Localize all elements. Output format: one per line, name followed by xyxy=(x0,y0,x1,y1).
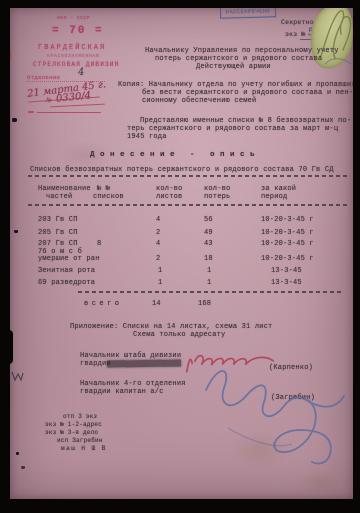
division-stamp-number: = 70 = xyxy=(52,25,104,37)
table-row: 76 о м с б умершие от ран 2 18 10-20-3-4… xyxy=(0,249,360,265)
signature2-title1: Начальник 4-го отделения xyxy=(80,381,186,388)
copy-address-line1: Копия: Начальнику отдела по учету погибш… xyxy=(118,82,356,89)
copy-number-label: экз № xyxy=(285,31,306,38)
footer-line5: маш Н Ш В xyxy=(61,446,107,452)
table-row: 203 Гв СП 4 56 10-20-3-45 г xyxy=(0,217,360,226)
copy-address-line3: сионному обеспечению семей xyxy=(142,98,256,105)
cell-losses: 49 xyxy=(204,230,213,237)
cell-unit: Зенитная рота xyxy=(38,268,95,275)
body-par-line3: 1945 года xyxy=(127,134,167,141)
col-header-period-l2: период xyxy=(261,194,287,201)
cell-losses: 56 xyxy=(204,217,213,224)
cell-period: 13-3-45 xyxy=(271,268,302,275)
cell-period: 10-20-3-45 г xyxy=(261,241,314,248)
cell-unit: 207 Гв СП xyxy=(38,241,78,248)
footer-line4: исп Загребин xyxy=(57,438,103,444)
cell-sheets: 1 xyxy=(158,268,162,275)
table-row: 69 разведрота 1 1 13-3-45 xyxy=(0,280,360,289)
scan-frame-bottom xyxy=(0,499,360,513)
report-subtitle: Списков безвозвратных потерь сержантског… xyxy=(30,167,334,174)
col-header-period-l1: за какой xyxy=(261,186,296,193)
stamp-rule-tick xyxy=(28,111,34,113)
col-header-losses-l2: потерь xyxy=(204,194,230,201)
footer-line3: экз № 3-в дело xyxy=(45,430,98,436)
cell-period: 10-20-3-45 г xyxy=(261,217,314,224)
cell-sheets: 2 xyxy=(156,256,160,263)
division-stamp-org: НКО — СССР xyxy=(57,16,90,21)
cell-period: 13-3-45 xyxy=(271,280,302,287)
attachment-line2: Схема только адресату xyxy=(133,332,225,339)
division-stamp-line2: КРАСНОЗНАМЕННАЯ xyxy=(47,54,100,59)
address-line3: Действующей армии xyxy=(196,64,271,71)
cell-unit: 203 Гв СП xyxy=(38,217,78,224)
cell-unit-line2: умершие от ран xyxy=(38,256,100,263)
cell-list-no: 8 xyxy=(97,241,101,248)
cell-losses: 1 xyxy=(207,280,211,287)
table-header-row2: частей списков листов потерь период xyxy=(0,194,360,203)
body-par-line1: Представляю именные списки № 8 безвозвра… xyxy=(140,118,351,125)
total-label: всего xyxy=(84,301,123,308)
body-par-line2: терь сержантского и рядового состава за … xyxy=(127,126,338,133)
cell-losses: 18 xyxy=(204,256,213,263)
cell-period: 10-20-3-45 г xyxy=(261,256,314,263)
cell-sheets: 1 xyxy=(158,280,162,287)
table-total-row: всего 14 168 xyxy=(0,301,360,310)
copy-address-line2: без вести сержантского и рядового состав… xyxy=(142,90,353,97)
department-number-handwritten: 4 xyxy=(78,67,85,79)
speck xyxy=(14,230,18,233)
report-title: Донесение - опись xyxy=(90,152,260,159)
cell-sheets: 4 xyxy=(156,217,160,224)
cell-unit: 69 разведрота xyxy=(38,280,95,287)
col-header-sheets-l2: листов xyxy=(156,194,182,201)
attachment-line1: Приложение: Списки на 14 листах, схема 3… xyxy=(70,324,272,331)
cell-period: 10-20-3-45 г xyxy=(261,230,314,237)
document-number-label: № xyxy=(46,97,52,104)
redacted-smudge xyxy=(107,359,181,367)
signature2-title2: гвардии капитан а/с xyxy=(80,389,164,396)
footer-line1: отп 3 экз xyxy=(63,414,97,420)
table-separator-top xyxy=(28,175,348,177)
col-header-list-l2: списков xyxy=(93,194,124,201)
scan-frame-left xyxy=(0,0,10,513)
total-sheets: 14 xyxy=(152,301,161,308)
table-row: 205 Гв СП 2 49 10-20-3-45 г xyxy=(0,230,360,239)
col-header-unit-l2: частей xyxy=(46,194,72,201)
cell-unit: 205 Гв СП xyxy=(38,230,78,237)
address-line1: Начальнику Управления по персональному у… xyxy=(145,48,339,55)
col-header-unit-l1: Наименование xyxy=(38,186,91,193)
total-losses: 168 xyxy=(198,301,211,308)
scanned-document: НКО — СССР = 70 = ГВАРДЕЙСКАЯ КРАСНОЗНАМ… xyxy=(0,0,360,513)
scan-frame-right xyxy=(353,0,360,513)
col-header-losses-l1: кол-во xyxy=(204,186,230,193)
table-separator-total xyxy=(78,291,344,293)
table-row: Зенитная рота 1 1 13-3-45 xyxy=(0,268,360,277)
cell-sheets: 4 xyxy=(156,241,160,248)
cell-sheets: 2 xyxy=(156,230,160,237)
signature2-handwriting xyxy=(188,358,360,473)
footer-line2: экз № 1-2-адрес xyxy=(45,422,102,428)
table-separator-header xyxy=(28,204,348,206)
speck xyxy=(12,118,17,122)
cell-losses: 1 xyxy=(207,268,211,275)
speck xyxy=(21,466,25,469)
speck xyxy=(16,452,19,455)
address-line2: потерь сержантского и рядового состава xyxy=(155,56,322,63)
cell-losses: 43 xyxy=(204,241,213,248)
secrecy-label: Секретно xyxy=(281,19,314,26)
division-stamp-line1: ГВАРДЕЙСКАЯ xyxy=(38,44,106,52)
col-header-list-l1: № № xyxy=(97,186,110,193)
scan-frame-notch xyxy=(0,330,13,364)
division-stamp-line3: СТРЕЛКОВАЯ ДИВИЗИЯ xyxy=(33,61,119,68)
margin-pen-mark xyxy=(10,370,24,382)
col-header-sheets-l1: кол-во xyxy=(156,186,182,193)
scan-frame-top xyxy=(0,0,360,8)
